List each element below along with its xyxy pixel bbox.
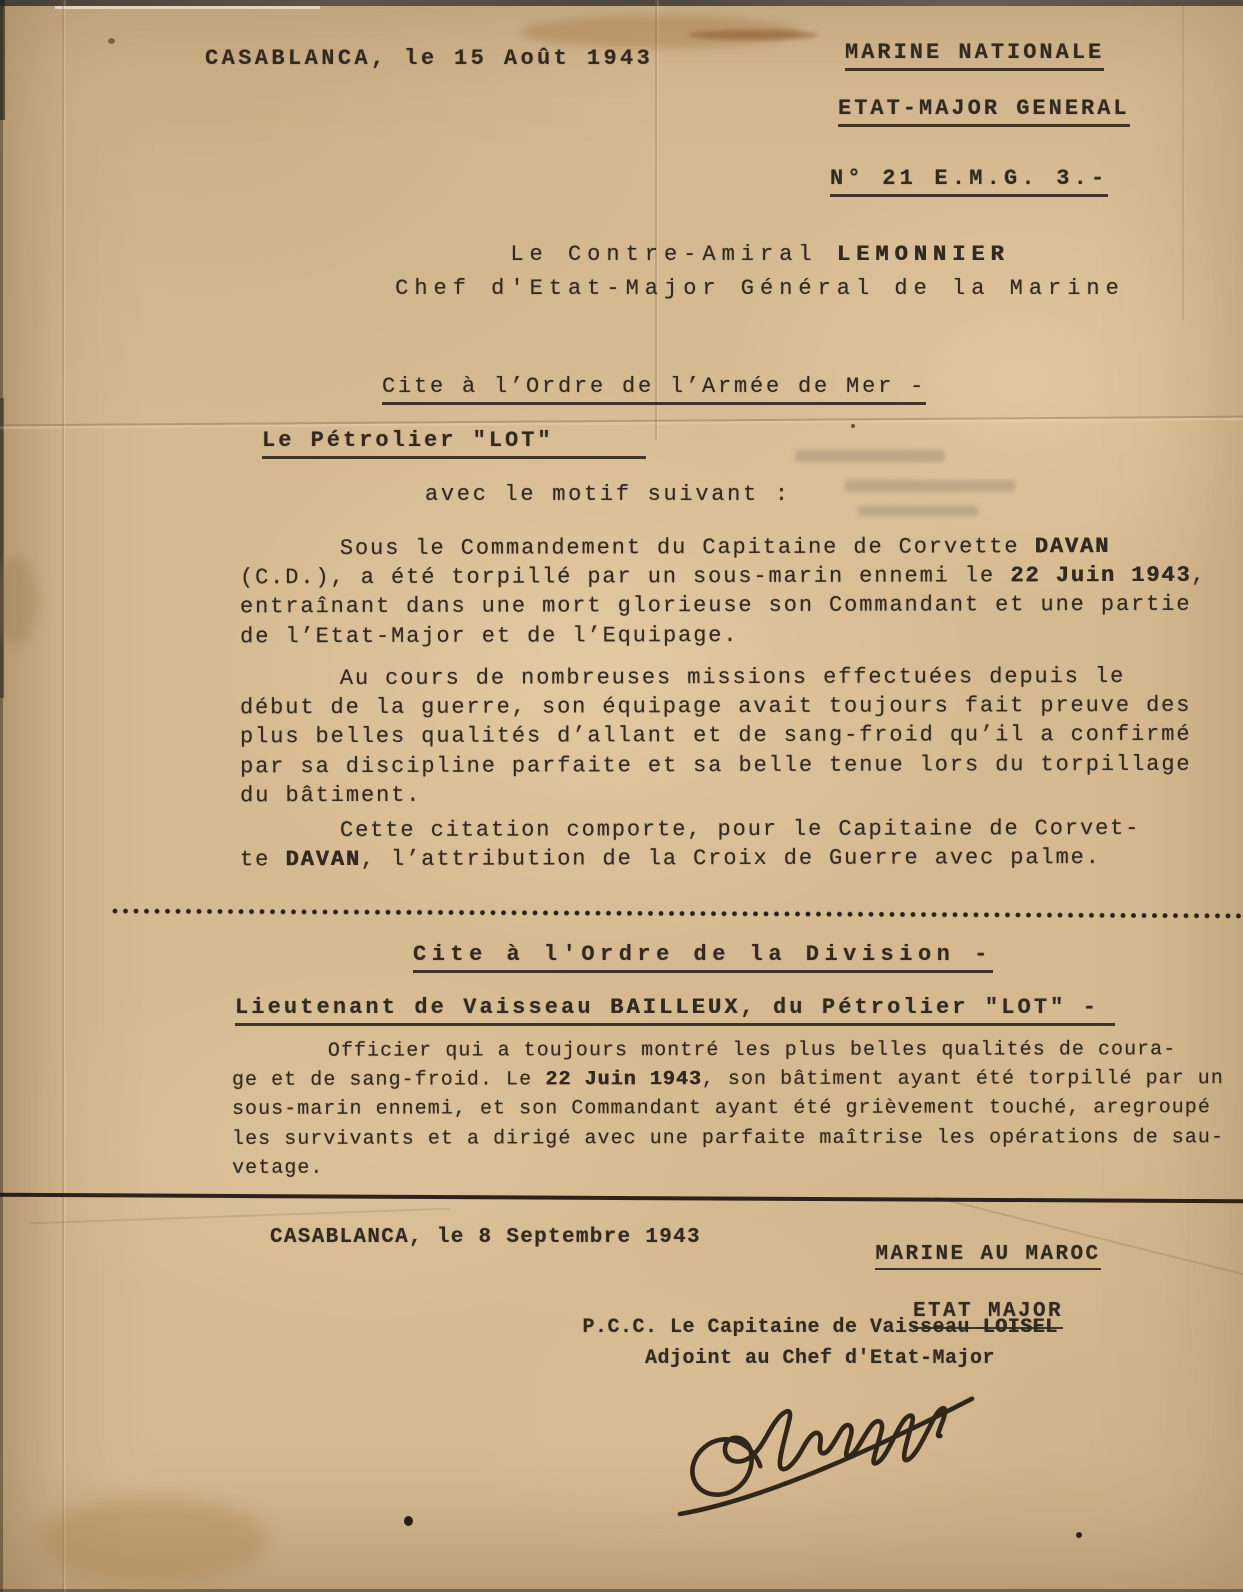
document-date-place: CASABLANCA, le 15 Août 1943 <box>205 46 653 71</box>
dotted-separator <box>112 908 1243 920</box>
paper-stain <box>0 556 38 646</box>
ink-bleedthrough <box>845 480 1015 492</box>
paper-stain <box>688 30 818 40</box>
motif-intro: avec le motif suivant : <box>425 482 791 507</box>
citation-division-heading: Cite à l'Ordre de la Division - <box>413 942 993 967</box>
citation-division-heading-text: Cite à l'Ordre de la Division - <box>413 942 993 973</box>
citation-fleet-heading-text: Cite à l’Ordre de l’Armée de Mer - <box>382 374 926 405</box>
ink-bleedthrough <box>858 506 978 516</box>
reference-number-text: N° 21 E.M.G. 3.- <box>830 166 1108 197</box>
citation-division-recipient: Lieutenant de Vaisseau BAILLEUX, du Pétr… <box>235 995 1131 1020</box>
ink-spot <box>1076 1532 1082 1538</box>
org-name: MARINE NATIONALE <box>845 40 1104 65</box>
unit-name: MARINE AU MAROC <box>875 1243 1100 1270</box>
signature-ink <box>629 1371 1014 1536</box>
ink-spot <box>851 424 855 428</box>
scan-edge-highlight <box>55 6 320 9</box>
org-name-text: MARINE NATIONALE <box>845 40 1104 71</box>
ink-spot <box>108 38 115 44</box>
issuer-block: Le Contre-Amiral LEMONNIER Chef d'Etat-M… <box>330 238 1190 306</box>
citation-fleet-paragraph-2: Au cours de nombreuses missions effectué… <box>240 662 1230 811</box>
horizontal-rule <box>0 1193 1243 1204</box>
scan-edge-left <box>0 0 3 1592</box>
scan-edge-left-dark1 <box>0 0 5 120</box>
citation-fleet-paragraph-1: Sous le Commandement du Capitaine de Cor… <box>240 532 1230 651</box>
paper-crease <box>0 416 1243 427</box>
citation-fleet-heading: Cite à l’Ordre de l’Armée de Mer - <box>382 374 926 399</box>
ink-spot <box>404 1516 413 1526</box>
reference-number: N° 21 E.M.G. 3.- <box>830 166 1116 191</box>
org-department-text: ETAT-MAJOR GENERAL <box>838 96 1130 127</box>
org-department: ETAT-MAJOR GENERAL <box>838 96 1144 121</box>
citation-division-paragraph: Officier qui a toujours montré les plus … <box>232 1035 1237 1183</box>
paper-crease <box>62 0 64 1592</box>
citation-fleet-recipient: Le Pétrolier "LOT" <box>262 428 738 453</box>
ink-bleedthrough <box>795 450 945 462</box>
scan-edge-left-dark2 <box>0 398 4 698</box>
citation-fleet-paragraph-3: Cette citation comporte, pour le Capitai… <box>240 814 1230 875</box>
signature-date-place: CASABLANCA, le 8 Septembre 1943 <box>270 1226 701 1249</box>
document-scan: CASABLANCA, le 15 Août 1943 MARINE NATIO… <box>0 0 1243 1592</box>
citation-fleet-recipient-text: Le Pétrolier "LOT" <box>262 428 646 459</box>
citation-division-recipient-text: Lieutenant de Vaisseau BAILLEUX, du Pétr… <box>235 995 1115 1026</box>
paper-stain <box>38 1498 268 1582</box>
certification-block: P.C.C. Le Capitaine de Vaisseau LOISEL A… <box>400 1312 1240 1374</box>
signature <box>629 1371 1014 1541</box>
paper-crease <box>30 1208 450 1225</box>
